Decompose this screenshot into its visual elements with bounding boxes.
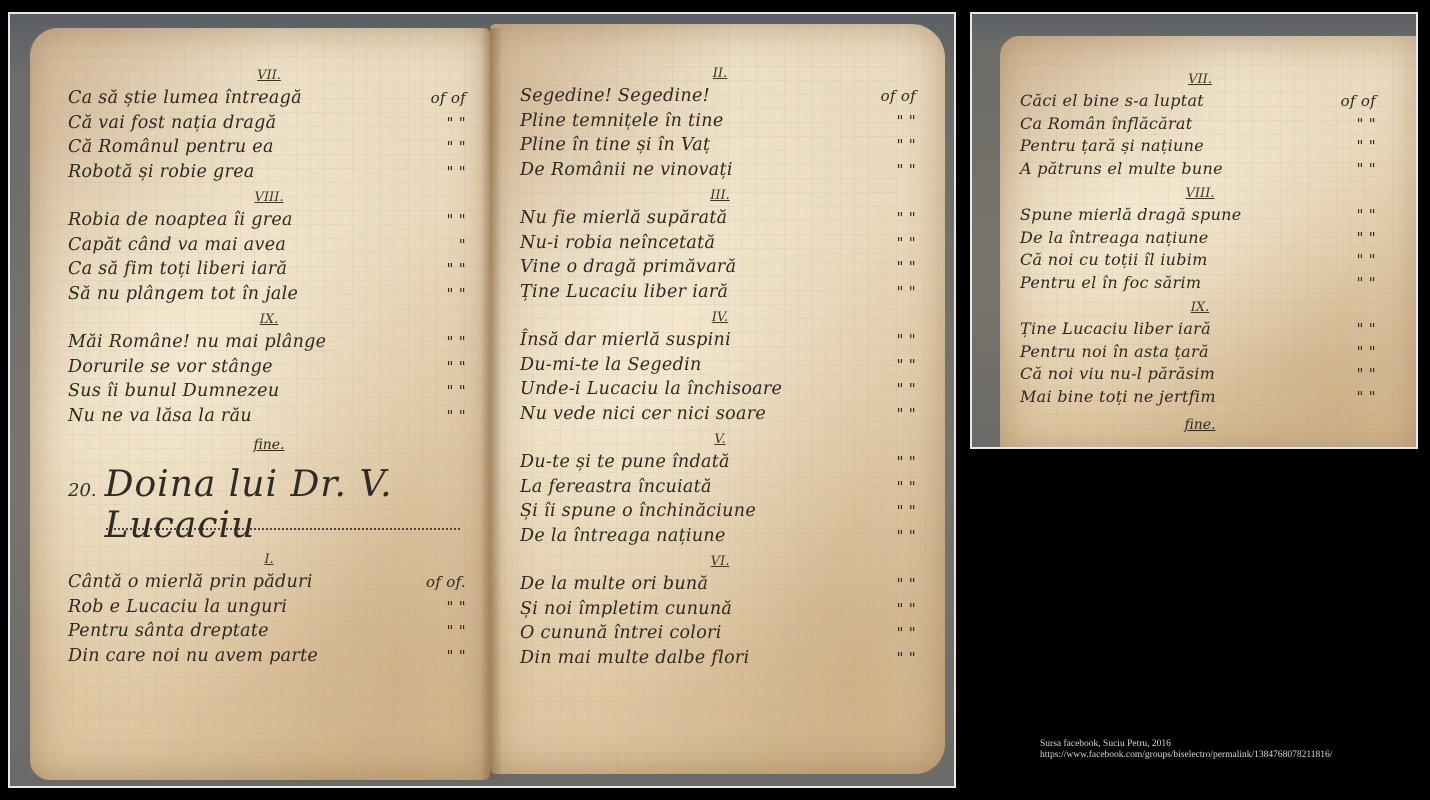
verse-line: De la întreaga națiune" " (1020, 227, 1380, 250)
stanza: VIII. Spune mierlă dragă spune" " De la … (1020, 184, 1380, 294)
continuation-page-photo: VII. Căci el bine s-a luptatof of Ca Rom… (970, 12, 1418, 449)
stanza-numeral: IX. (68, 310, 470, 330)
left-page-text: VII. Ca să știe lumea întreagăof of Că v… (68, 66, 470, 672)
verse-line: Din care noi nu avem parte" " (68, 644, 470, 669)
verse-line: Nu-i robia neîncetată" " (520, 231, 920, 256)
continuation-page-text: VII. Căci el bine s-a luptatof of Ca Rom… (1020, 70, 1380, 438)
verse-line: Căci el bine s-a luptatof of (1020, 90, 1380, 113)
song-title: Doina lui Dr. V. Lucaciu (105, 464, 470, 546)
verse-line: Ca Român înflăcărat" " (1020, 113, 1380, 136)
source-caption: Sursa facebook, Suciu Petru, 2016 https:… (1040, 739, 1332, 761)
verse-line: Pline în tine și în Vaț" " (520, 133, 920, 158)
verse-line: Capăt când va mai avea" (68, 233, 470, 258)
stanza: VIII. Robia de noaptea îi grea" " Capăt … (68, 188, 470, 306)
verse-line: Că noi viu nu-l părăsim" " (1020, 363, 1380, 386)
verse-line: Rob e Lucaciu la unguri" " (68, 595, 470, 620)
stanza: IX. Măi Române! nu mai plânge" " Doruril… (68, 310, 470, 428)
verse-line: De Românii ne vinovați" " (520, 158, 920, 183)
songbook-spread-photo: VII. Ca să știe lumea întreagăof of Că v… (8, 12, 956, 788)
stanza: VII. Ca să știe lumea întreagăof of Că v… (68, 66, 470, 184)
verse-line: Vine o dragă primăvară" " (520, 255, 920, 280)
stanza-numeral: VIII. (68, 188, 470, 208)
verse-line: Pline temnițele în tine" " (520, 109, 920, 134)
verse-line: Robotă și robie grea" " (68, 160, 470, 185)
verse-line: Să nu plângem tot în jale" " (68, 282, 470, 307)
stanza: IV. Însă dar mierlă suspini" " Du-mi-te … (520, 308, 920, 426)
stanza: IX. Ține Lucaciu liber iară" " Pentru no… (1020, 298, 1380, 408)
stanza-numeral: VIII. (1020, 184, 1380, 204)
verse-line: Du-te și te pune îndată" " (520, 450, 920, 475)
verse-line: Măi Române! nu mai plânge" " (68, 330, 470, 355)
verse-line: Pentru noi în asta țară" " (1020, 341, 1380, 364)
stanza-numeral: VII. (68, 66, 470, 86)
verse-line: Nu fie mierlă supărată" " (520, 206, 920, 231)
verse-line: Că noi cu toții îl iubim" " (1020, 249, 1380, 272)
verse-line: Din mai multe dalbe flori" " (520, 646, 920, 671)
verse-line: Nu vede nici cer nici soare" " (520, 402, 920, 427)
end-mark: fine. (1020, 412, 1380, 438)
verse-line: La fereastra încuiată" " (520, 475, 920, 500)
stanza: II. Segedine! Segedine!of of Pline temni… (520, 64, 920, 182)
verse-line: Du-mi-te la Segedin" " (520, 353, 920, 378)
stanza-numeral: IV. (520, 308, 920, 328)
stanza: I. Cântă o mierlă prin păduriof of. Rob … (68, 550, 470, 668)
verse-line: Și noi împletim cunună" " (520, 597, 920, 622)
stanza: III. Nu fie mierlă supărată" " Nu-i robi… (520, 186, 920, 304)
right-page-text: II. Segedine! Segedine!of of Pline temni… (520, 64, 920, 674)
stanza-numeral: V. (520, 430, 920, 450)
verse-line: Nu ne va lăsa la rău" " (68, 404, 470, 429)
stanza-numeral: VI. (520, 552, 920, 572)
source-url: https://www.facebook.com/groups/biselect… (1040, 750, 1332, 761)
verse-line: Că Românul pentru ea" " (68, 135, 470, 160)
stanza: VI. De la multe ori bună" " Și noi împle… (520, 552, 920, 670)
verse-line: De la întreaga națiune" " (520, 524, 920, 549)
verse-line: De la multe ori bună" " (520, 572, 920, 597)
song-number: 20. (68, 480, 97, 501)
verse-line: A pătruns el multe bune" " (1020, 158, 1380, 181)
stanza-numeral: II. (520, 64, 920, 84)
end-mark: fine. (68, 432, 470, 458)
verse-line: Pentru el în foc sărim" " (1020, 272, 1380, 295)
stanza-numeral: IX. (1020, 298, 1380, 318)
stanza-numeral: III. (520, 186, 920, 206)
verse-line: Segedine! Segedine!of of (520, 84, 920, 109)
stanza: VII. Căci el bine s-a luptatof of Ca Rom… (1020, 70, 1380, 180)
verse-line: Dorurile se vor stânge" " (68, 355, 470, 380)
verse-line: Cântă o mierlă prin păduriof of. (68, 570, 470, 595)
verse-line: Ca să fim toți liberi iară" " (68, 257, 470, 282)
verse-line: Pentru sânta dreptate" " (68, 619, 470, 644)
stanza-numeral: VII. (1020, 70, 1380, 90)
stanza-numeral: I. (68, 550, 470, 570)
verse-line: Și îi spune o închinăciune" " (520, 499, 920, 524)
verse-line: O cunună întrei colori" " (520, 621, 920, 646)
verse-line: Că vai fost nația dragă" " (68, 111, 470, 136)
verse-line: Sus îi bunul Dumnezeu" " (68, 379, 470, 404)
verse-line: Spune mierlă dragă spune" " (1020, 204, 1380, 227)
verse-line: Mai bine toți ne jertfim" " (1020, 386, 1380, 409)
verse-line: Unde-i Lucaciu la închisoare" " (520, 377, 920, 402)
verse-line: Pentru țară și națiune" " (1020, 135, 1380, 158)
verse-line: Robia de noaptea îi grea" " (68, 208, 470, 233)
book-spine-shadow (480, 28, 502, 780)
verse-line: Însă dar mierlă suspini" " (520, 328, 920, 353)
verse-line: Ține Lucaciu liber iară" " (520, 280, 920, 305)
source-credit: Sursa facebook, Suciu Petru, 2016 (1040, 739, 1332, 750)
song-heading: 20. Doina lui Dr. V. Lucaciu (68, 458, 470, 520)
stanza: V. Du-te și te pune îndată" " La fereast… (520, 430, 920, 548)
verse-line: Ține Lucaciu liber iară" " (1020, 318, 1380, 341)
verse-line: Ca să știe lumea întreagăof of (68, 86, 470, 111)
